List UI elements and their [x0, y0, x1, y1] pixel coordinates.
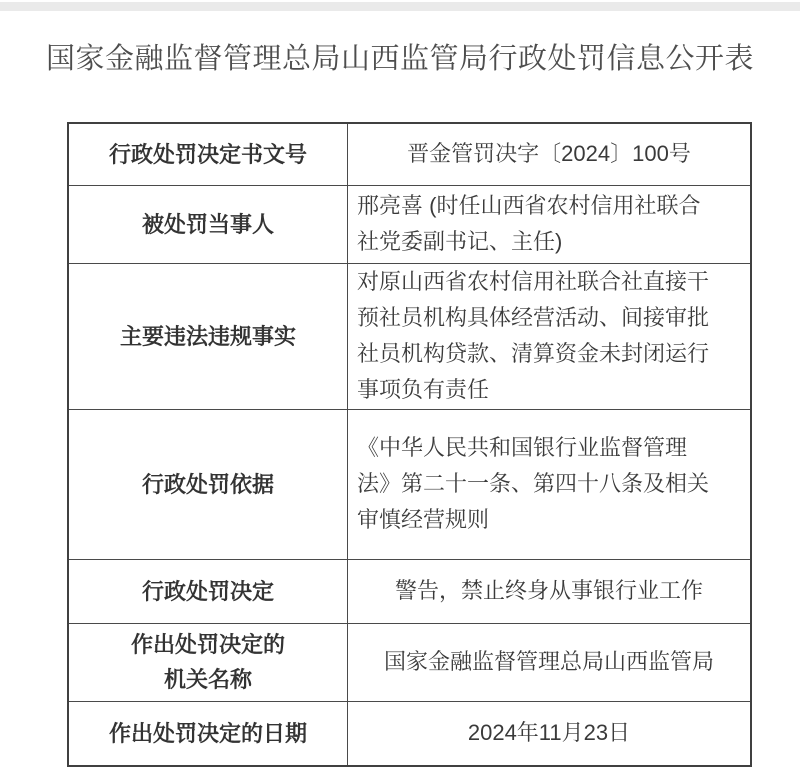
table-row-deciding-authority: 作出处罚决定的 机关名称 国家金融监督管理总局山西监管局 [68, 623, 751, 701]
value-line: 社员机构贷款、清算资金未封闭运行 [357, 336, 741, 372]
label-line: 行政处罚决定 [70, 574, 346, 609]
label-cell: 被处罚当事人 [68, 185, 348, 263]
label-line: 机关名称 [70, 662, 346, 697]
value-line: 社党委副书记、主任) [357, 224, 741, 260]
table-row-penalized-party: 被处罚当事人 邢亮喜 (时任山西省农村信用社联合 社党委副书记、主任) [68, 185, 751, 263]
value-cell: 警告，禁止终身从事银行业工作 [348, 559, 752, 623]
table-row-decision-date: 作出处罚决定的日期 2024年11月23日 [68, 701, 751, 766]
value-cell: 晋金管罚决字〔2024〕100号 [348, 123, 752, 185]
value-line: 预社员机构具体经营活动、间接审批 [357, 300, 741, 336]
label-line: 作出处罚决定的日期 [70, 716, 346, 751]
label-line: 作出处罚决定的 [70, 627, 346, 662]
table-row-violation-facts: 主要违法违规事实 对原山西省农村信用社联合社直接干 预社员机构具体经营活动、间接… [68, 263, 751, 409]
value-line: 邢亮喜 (时任山西省农村信用社联合 [357, 188, 741, 224]
label-cell: 行政处罚决定 [68, 559, 348, 623]
value-cell: 《中华人民共和国银行业监督管理 法》第二十一条、第四十八条及相关 审慎经营规则 [348, 409, 752, 559]
value-line: 2024年11月23日 [357, 715, 741, 751]
label-cell: 行政处罚依据 [68, 409, 348, 559]
top-edge-band [0, 2, 800, 11]
label-cell: 作出处罚决定的 机关名称 [68, 623, 348, 701]
label-cell: 主要违法违规事实 [68, 263, 348, 409]
value-line: 晋金管罚决字〔2024〕100号 [357, 136, 741, 172]
value-cell: 国家金融监督管理总局山西监管局 [348, 623, 752, 701]
value-line: 国家金融监督管理总局山西监管局 [357, 644, 741, 680]
value-line: 警告，禁止终身从事银行业工作 [357, 573, 741, 609]
label-line: 行政处罚依据 [70, 467, 346, 502]
label-cell: 作出处罚决定的日期 [68, 701, 348, 766]
penalty-info-table: 行政处罚决定书文号 晋金管罚决字〔2024〕100号 被处罚当事人 邢亮喜 (时… [67, 122, 752, 767]
table-row-penalty-basis: 行政处罚依据 《中华人民共和国银行业监督管理 法》第二十一条、第四十八条及相关 … [68, 409, 751, 559]
table-row-penalty-decision: 行政处罚决定 警告，禁止终身从事银行业工作 [68, 559, 751, 623]
value-line: 审慎经营规则 [357, 502, 741, 538]
value-line: 对原山西省农村信用社联合社直接干 [357, 264, 741, 300]
label-line: 被处罚当事人 [70, 207, 346, 242]
value-cell: 2024年11月23日 [348, 701, 752, 766]
label-line: 主要违法违规事实 [70, 319, 346, 354]
page-title: 国家金融监督管理总局山西监管局行政处罚信息公开表 [0, 40, 800, 78]
value-line: 法》第二十一条、第四十八条及相关 [357, 466, 741, 502]
value-cell: 邢亮喜 (时任山西省农村信用社联合 社党委副书记、主任) [348, 185, 752, 263]
label-cell: 行政处罚决定书文号 [68, 123, 348, 185]
table-row-document-number: 行政处罚决定书文号 晋金管罚决字〔2024〕100号 [68, 123, 751, 185]
value-line: 事项负有责任 [357, 372, 741, 408]
value-line: 《中华人民共和国银行业监督管理 [357, 430, 741, 466]
value-cell: 对原山西省农村信用社联合社直接干 预社员机构具体经营活动、间接审批 社员机构贷款… [348, 263, 752, 409]
label-line: 行政处罚决定书文号 [70, 137, 346, 172]
